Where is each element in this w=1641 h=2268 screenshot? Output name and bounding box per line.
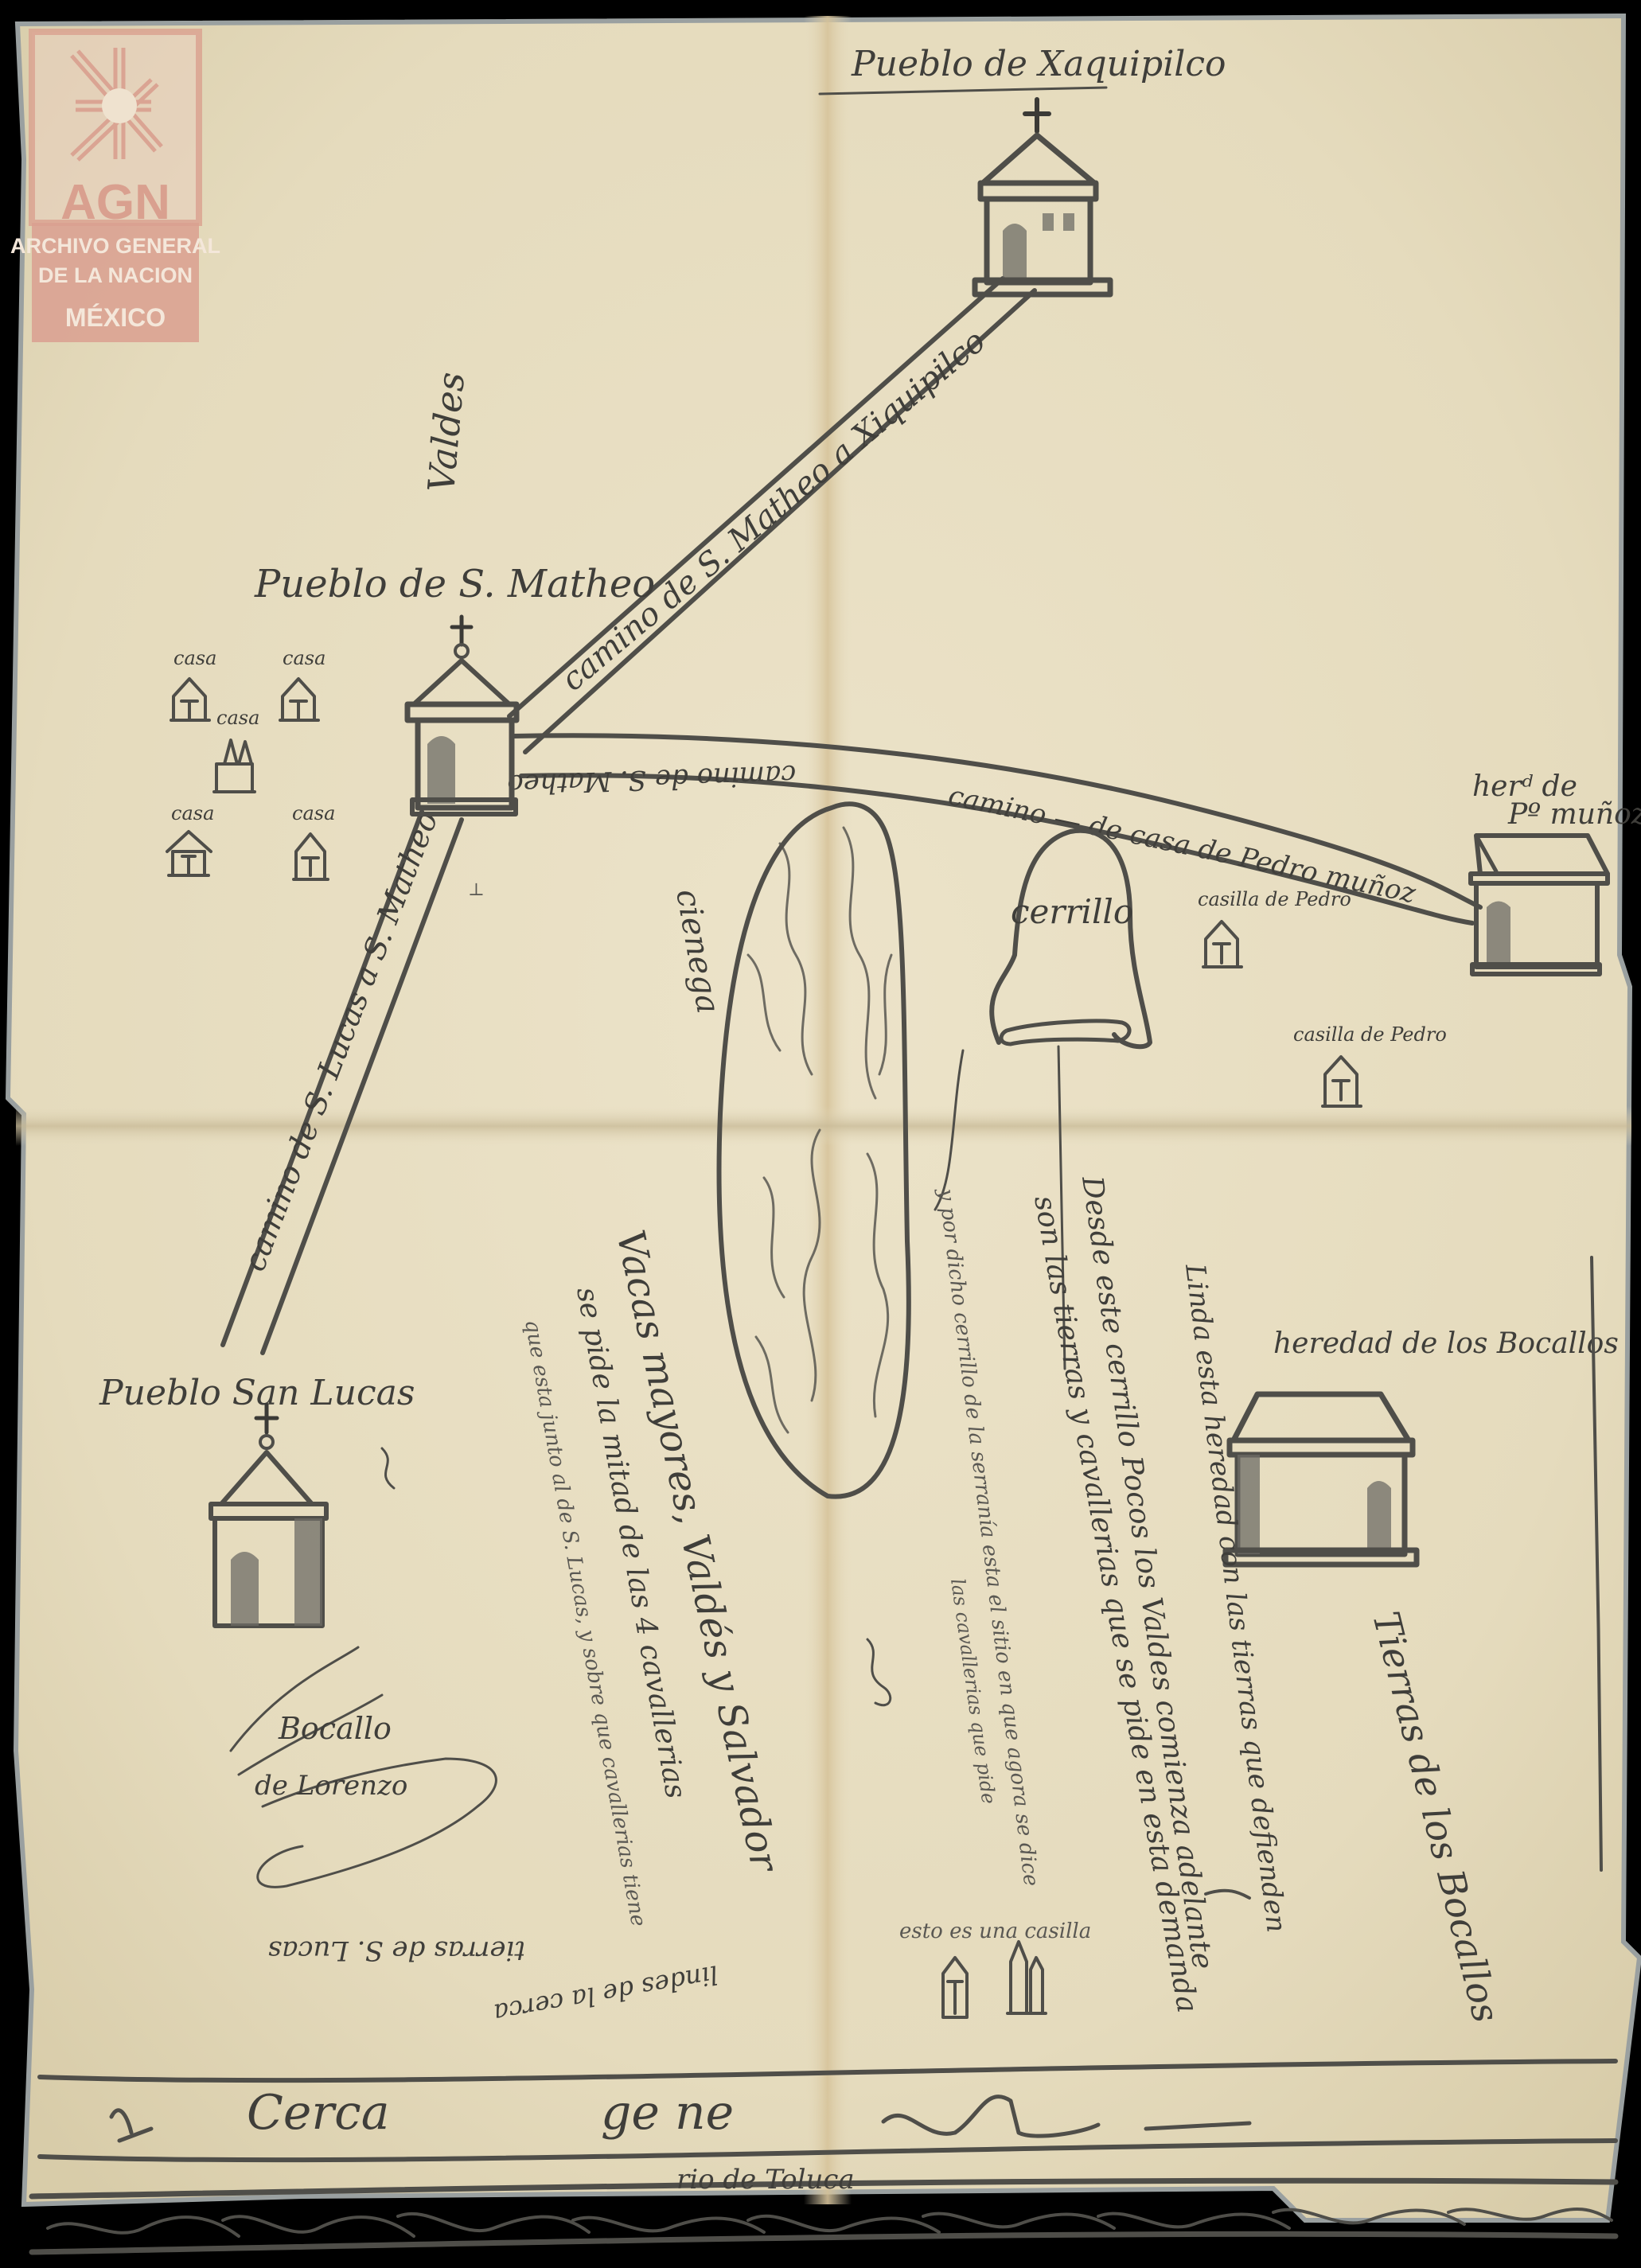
horizontal-fold <box>16 1106 1631 1146</box>
annotation-casilla: esto es una casilla <box>899 1919 1091 1943</box>
signature-line-2: de Lorenzo <box>255 1770 407 1802</box>
signature-line-1: Bocallo <box>278 1711 392 1746</box>
svg-text:casa: casa <box>216 707 259 729</box>
general-label: ge ne <box>601 2085 734 2141</box>
place-label: Pueblo de Xaquipilco <box>851 44 1226 84</box>
annotation-tierras-san-lucas: tierras de S. Lucas <box>268 1935 525 1966</box>
agn-line-3: MÉXICO <box>65 303 166 332</box>
place-label: Pueblo San Lucas <box>99 1373 415 1413</box>
svg-text:casa: casa <box>292 802 335 824</box>
svg-text:casilla de Pedro: casilla de Pedro <box>1293 1023 1447 1046</box>
agn-line-1: ARCHIVO GENERAL <box>10 234 220 258</box>
minor-mark: ⊥ <box>468 880 485 900</box>
agn-archive-stamp: AGN ARCHIVO GENERAL DE LA NACION MÉXICO <box>10 32 220 342</box>
place-label: cerrillo <box>1011 892 1133 931</box>
agn-line-2: DE LA NACION <box>38 263 193 287</box>
river-label: rio de Toluca <box>676 2164 855 2196</box>
map-sheet: AGN ARCHIVO GENERAL DE LA NACION MÉXICO … <box>0 0 1641 2268</box>
agn-acronym: AGN <box>60 175 170 230</box>
cerca-label: Cerca <box>247 2085 389 2141</box>
svg-text:casa: casa <box>173 647 216 669</box>
place-label: Pº muñoz <box>1507 798 1641 831</box>
place-label: heredad de los Bocallos <box>1273 1327 1619 1360</box>
svg-text:casa: casa <box>283 647 325 669</box>
place-label: Pueblo de S. Matheo <box>254 562 655 606</box>
svg-text:casa: casa <box>171 802 214 824</box>
svg-text:casilla de Pedro: casilla de Pedro <box>1198 888 1351 910</box>
